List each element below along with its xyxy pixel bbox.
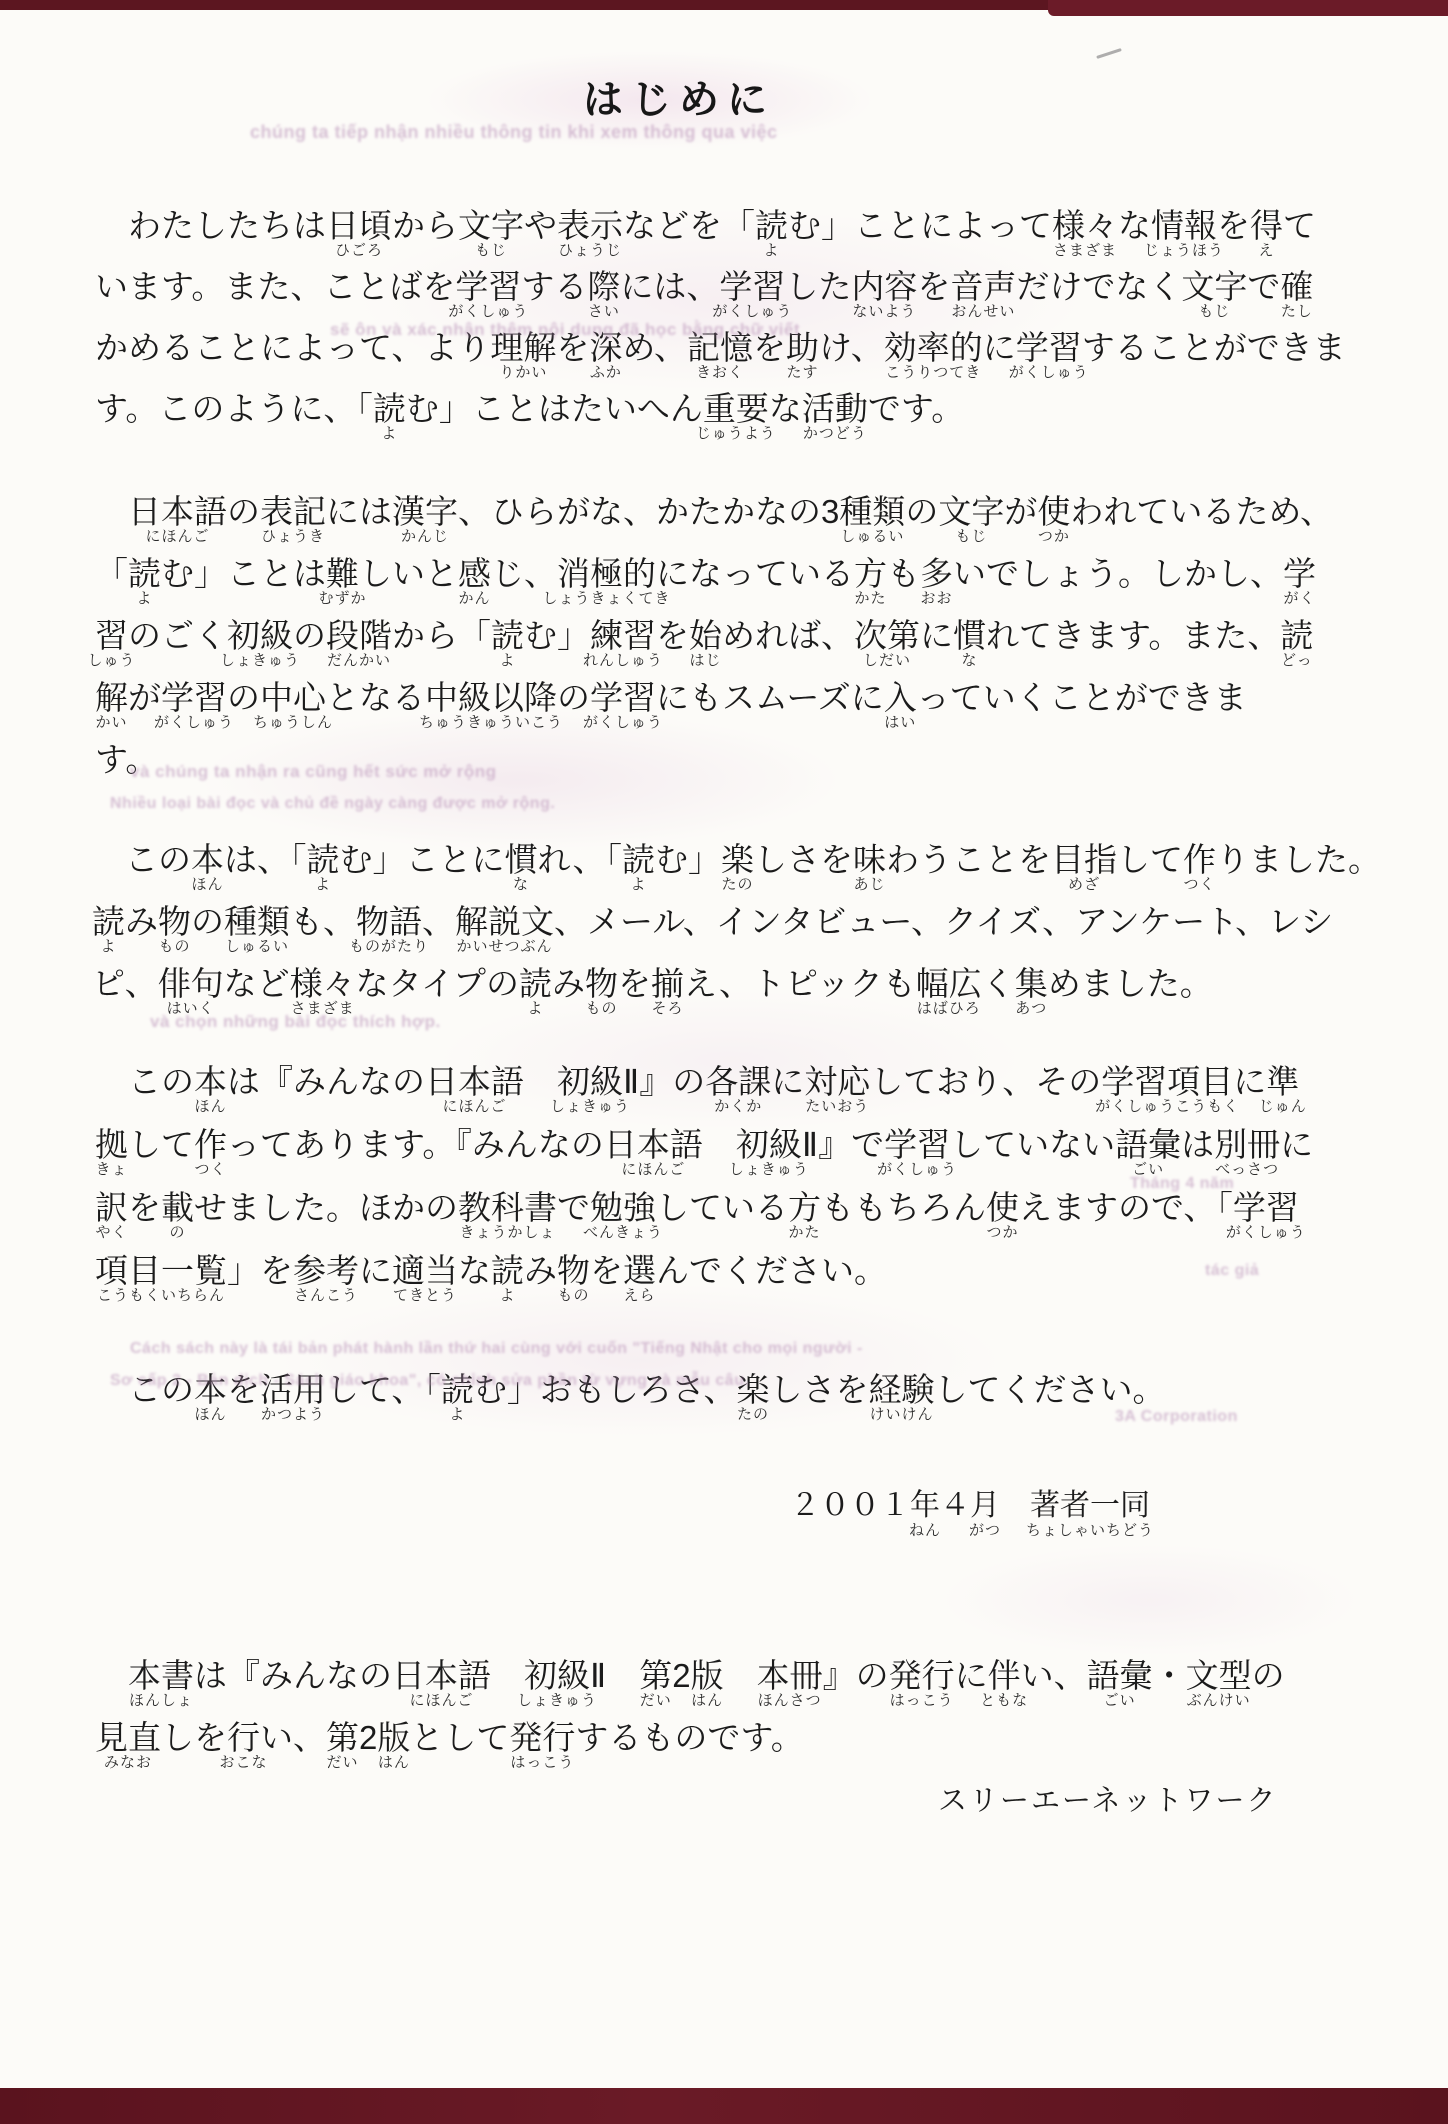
ruby-segment: 読よ bbox=[307, 840, 340, 880]
text-segment: えますので、「 bbox=[1019, 1188, 1233, 1228]
ruby-segment: 使つか bbox=[1037, 492, 1070, 532]
furigana: だんかい bbox=[327, 653, 391, 668]
furigana: みなお bbox=[104, 1755, 152, 1770]
ruby-segment: 音声おんせい bbox=[950, 267, 1016, 307]
text-segment: い、 bbox=[260, 1718, 326, 1758]
bleedthrough-text: Tháng 4 năm bbox=[1130, 1175, 1234, 1193]
text-segment: めれば、 bbox=[722, 616, 854, 656]
text-segment: んでください。 bbox=[656, 1251, 887, 1291]
text-line: 「読よむ」ことは難むずかしいと感かんじ、消極的しょうきょくてきになっている方かた… bbox=[95, 554, 1333, 616]
ruby-segment: 初級しょきゅう bbox=[736, 1125, 802, 1165]
furigana: はん bbox=[378, 1755, 410, 1770]
text-segment: み bbox=[125, 902, 158, 942]
ruby-segment: 参考さんこう bbox=[293, 1251, 359, 1291]
text-segment: 「 bbox=[95, 554, 128, 594]
furigana: よ bbox=[100, 939, 116, 954]
furigana: よ bbox=[499, 653, 515, 668]
ruby-segment: 項目一覧こうもくいちらん bbox=[95, 1251, 227, 1291]
scan-mark bbox=[1096, 48, 1122, 59]
text-segment: な bbox=[458, 1251, 491, 1291]
furigana: たす bbox=[787, 365, 819, 380]
furigana: よ bbox=[136, 591, 152, 606]
furigana: もの bbox=[158, 939, 190, 954]
furigana: ちゅうしん bbox=[253, 715, 333, 730]
furigana: たし bbox=[1281, 304, 1313, 319]
furigana: こうもくいちらん bbox=[97, 1288, 225, 1303]
ruby-segment: 読よ bbox=[755, 206, 788, 246]
text-segment: Ⅱ bbox=[590, 1656, 639, 1696]
text-line: 読よみ物ものの種類しゅるいも、物語ものがたり、解説文かいせつぶん、メール、インタ… bbox=[92, 902, 1381, 964]
ruby-segment: 読よ bbox=[128, 554, 161, 594]
ruby-segment: 情報じょうほう bbox=[1151, 206, 1217, 246]
text-segment: 2 bbox=[359, 1718, 377, 1758]
ruby-segment: 版はん bbox=[377, 1718, 410, 1758]
furigana: しゅるい bbox=[225, 939, 289, 954]
ruby-segment: 得え bbox=[1250, 206, 1283, 246]
furigana: ないよう bbox=[852, 304, 916, 319]
ruby-segment: 日本語にほんご bbox=[425, 1062, 524, 1102]
text-segment: しいと bbox=[359, 554, 458, 594]
ruby-segment: 各課かくか bbox=[705, 1062, 771, 1102]
furigana: え bbox=[1258, 243, 1274, 258]
text-segment: に bbox=[1280, 1125, 1313, 1165]
text-segment: 2 bbox=[672, 1656, 690, 1696]
text-segment: から「 bbox=[392, 616, 491, 656]
text-line: スリーエーネットワーク bbox=[938, 1781, 1278, 1843]
text-segment: など bbox=[224, 964, 290, 1004]
text-segment: 、 bbox=[422, 902, 455, 942]
furigana: かつどう bbox=[803, 426, 867, 441]
ruby-segment: 段階だんかい bbox=[326, 616, 392, 656]
furigana: ほん bbox=[191, 877, 223, 892]
ruby-segment: 読よ bbox=[519, 964, 552, 1004]
bleedthrough-text: và chúng ta nhận ra cũng hết sức mở rộng bbox=[130, 762, 497, 782]
text-segment: となる bbox=[326, 678, 425, 718]
ruby-segment: 初級しょきゅう bbox=[524, 1656, 590, 1696]
ruby-segment: 慣な bbox=[953, 616, 986, 656]
furigana: どっ bbox=[1281, 653, 1313, 668]
text-segment: み bbox=[524, 1251, 557, 1291]
ruby-segment: 学習がくしゅう bbox=[1233, 1188, 1299, 1228]
text-segment: れ、「 bbox=[538, 840, 622, 880]
text-segment: ピ、 bbox=[92, 964, 158, 1004]
text-segment: の bbox=[227, 678, 260, 718]
ruby-segment: 発行はっこう bbox=[889, 1656, 955, 1696]
text-line: この本ほんは『みんなの日本語にほんご 初級しょきゅうⅡ』の各課かくかに対応たいお… bbox=[95, 1062, 1313, 1125]
text-segment: して bbox=[128, 1125, 194, 1165]
furigana: にほんご bbox=[442, 1099, 506, 1114]
furigana: かん bbox=[458, 591, 490, 606]
ruby-segment: 読よ bbox=[622, 840, 655, 880]
furigana: よ bbox=[763, 243, 779, 258]
furigana: やく bbox=[95, 1225, 127, 1240]
ruby-segment: 物もの bbox=[158, 902, 191, 942]
text-segment: しを bbox=[161, 1718, 227, 1758]
ruby-segment: 学習がくしゅう bbox=[719, 267, 785, 307]
text-segment: を bbox=[590, 1251, 623, 1291]
ruby-segment: 文字もじ bbox=[938, 492, 1004, 532]
furigana: しょきゅう bbox=[729, 1162, 809, 1177]
furigana: だい bbox=[326, 1755, 358, 1770]
text-segment: しさを bbox=[754, 840, 853, 880]
ruby-segment: 次第しだい bbox=[854, 616, 920, 656]
furigana: ひょうき bbox=[261, 529, 325, 544]
text-segment: います。また、ことばを bbox=[95, 267, 455, 307]
furigana: たの bbox=[721, 877, 753, 892]
text-segment: は、「 bbox=[224, 840, 307, 880]
ruby-segment: 中級以降ちゅうきゅういこう bbox=[425, 678, 557, 718]
text-segment: しさを bbox=[770, 1370, 869, 1410]
ruby-segment: 日本語にほんご bbox=[128, 492, 227, 532]
ruby-segment: 著者一同ちょしゃいちどう bbox=[1030, 1486, 1150, 1526]
text-segment: に bbox=[771, 1062, 804, 1102]
text-segment: む」 bbox=[655, 840, 721, 880]
text-segment: を bbox=[1217, 206, 1250, 246]
furigana: きょ bbox=[95, 1162, 127, 1177]
furigana: かくか bbox=[714, 1099, 762, 1114]
ruby-segment: 載の bbox=[161, 1188, 194, 1228]
furigana: よ bbox=[499, 1288, 515, 1303]
furigana: もの bbox=[557, 1288, 589, 1303]
furigana: たいおう bbox=[805, 1099, 869, 1114]
ruby-segment: 月がつ bbox=[970, 1486, 1000, 1526]
text-segment: に bbox=[955, 1656, 988, 1696]
ruby-segment: 中心ちゅうしん bbox=[260, 678, 326, 718]
furigana: あじ bbox=[853, 877, 885, 892]
ruby-segment: 方かた bbox=[788, 1188, 821, 1228]
ruby-segment: 文型ぶんけい bbox=[1186, 1656, 1252, 1696]
furigana: べんきょう bbox=[583, 1225, 663, 1240]
text-segment: するものです。 bbox=[575, 1718, 803, 1758]
text-line: す。このように、「読よむ」ことはたいへん重要じゅうような活動かつどうです。 bbox=[95, 389, 1346, 450]
ruby-segment: 初級しょきゅう bbox=[227, 616, 293, 656]
scan-edge-top-right bbox=[1048, 0, 1448, 16]
ruby-segment: 読どっ bbox=[1280, 616, 1313, 656]
furigana: はばひろ bbox=[917, 1001, 981, 1016]
furigana: ほん bbox=[194, 1099, 226, 1114]
ruby-segment: 難むずか bbox=[326, 554, 359, 594]
text-segment: い、 bbox=[1021, 1656, 1087, 1696]
text-segment: え、トピックも bbox=[684, 964, 916, 1004]
text-segment: む」ことに bbox=[340, 840, 505, 880]
text-segment: から bbox=[392, 206, 458, 246]
furigana: はっこう bbox=[510, 1755, 574, 1770]
ruby-segment: 方かた bbox=[854, 554, 887, 594]
page-title: はじめに bbox=[0, 68, 1358, 125]
furigana: しゅるい bbox=[840, 529, 904, 544]
furigana: もじ bbox=[955, 529, 987, 544]
text-segment: れてきます。また、 bbox=[986, 616, 1280, 656]
text-segment: の bbox=[191, 902, 224, 942]
text-segment: この bbox=[92, 840, 191, 880]
ruby-segment: 慣な bbox=[505, 840, 538, 880]
text-segment: の bbox=[1252, 1656, 1285, 1696]
furigana: さんこう bbox=[294, 1288, 358, 1303]
furigana: もの bbox=[586, 1001, 618, 1016]
ruby-segment: 始はじ bbox=[689, 616, 722, 656]
text-segment: で bbox=[1247, 267, 1280, 307]
text-segment: ってあります。『みんなの bbox=[227, 1125, 604, 1165]
furigana: つか bbox=[1038, 529, 1070, 544]
text-segment: Ⅱ』の bbox=[623, 1062, 705, 1102]
text-segment: す。このように、「 bbox=[95, 389, 373, 429]
furigana: ちゅうきゅういこう bbox=[419, 715, 563, 730]
text-segment bbox=[95, 1656, 128, 1696]
bleedthrough-text: chúng ta tiếp nhận nhiều thông tin khi x… bbox=[250, 122, 778, 143]
bleedthrough-text: Cách sách này là tái bản phát hành lần t… bbox=[130, 1340, 863, 1358]
text-segment bbox=[703, 1125, 736, 1165]
furigana: たの bbox=[737, 1407, 769, 1422]
ruby-segment: 学習がくしゅう bbox=[1016, 328, 1082, 368]
text-segment bbox=[724, 1656, 757, 1696]
furigana: さまざま bbox=[1053, 243, 1117, 258]
furigana: ものがたり bbox=[349, 939, 429, 954]
text-segment: ・ bbox=[1153, 1656, 1186, 1696]
furigana: がくしゅう bbox=[154, 715, 234, 730]
ruby-segment: 内容ないよう bbox=[851, 267, 917, 307]
ruby-segment: 表示ひょうじ bbox=[557, 206, 623, 246]
text-segment: なタイプの bbox=[356, 964, 519, 1004]
ruby-segment: 俳句はいく bbox=[158, 964, 224, 1004]
furigana: ひょうじ bbox=[558, 243, 622, 258]
furigana: な bbox=[961, 653, 977, 668]
bleedthrough-text: 3A Corporation bbox=[1115, 1408, 1238, 1426]
text-segment: は『みんなの bbox=[194, 1656, 392, 1696]
text-segment: む」ことは bbox=[161, 554, 326, 594]
furigana: あつ bbox=[1015, 1001, 1047, 1016]
text-segment: われているため、 bbox=[1070, 492, 1333, 532]
ruby-segment: 学習がくしゅう bbox=[161, 678, 227, 718]
ruby-segment: 行おこな bbox=[227, 1718, 260, 1758]
furigana: ほんさつ bbox=[758, 1693, 822, 1708]
text-segment: も bbox=[887, 554, 920, 594]
text-segment: いでしょう。しかし、 bbox=[953, 554, 1283, 594]
ruby-segment: 様々さまざま bbox=[1052, 206, 1118, 246]
text-segment: には bbox=[326, 492, 392, 532]
ruby-segment: 本ほん bbox=[194, 1062, 227, 1102]
ruby-segment: 学習項目がくしゅうこうもく bbox=[1101, 1062, 1233, 1102]
text-segment: む」ことはたいへん bbox=[406, 389, 703, 429]
text-segment: ４ bbox=[940, 1486, 970, 1526]
furigana: てきとう bbox=[393, 1288, 457, 1303]
ruby-segment: 学習がくしゅう bbox=[884, 1125, 950, 1165]
ruby-segment: 解かい bbox=[95, 678, 128, 718]
furigana: おお bbox=[920, 591, 952, 606]
furigana: にほんご bbox=[409, 1693, 473, 1708]
furigana: はっこう bbox=[890, 1693, 954, 1708]
ruby-segment: 発行はっこう bbox=[509, 1718, 575, 1758]
ruby-segment: 重要じゅうよう bbox=[703, 389, 769, 429]
furigana: さい bbox=[588, 304, 620, 319]
ruby-segment: 読よ bbox=[92, 902, 125, 942]
ruby-segment: 読よ bbox=[491, 1251, 524, 1291]
text-line: 解かいが学習がくしゅうの中心ちゅうしんとなる中級以降ちゅうきゅういこうの学習がく… bbox=[95, 678, 1333, 740]
ruby-segment: 習しゅう bbox=[95, 616, 128, 656]
furigana: おんせい bbox=[951, 304, 1015, 319]
furigana: だい bbox=[640, 1693, 672, 1708]
ruby-segment: 際さい bbox=[587, 267, 620, 307]
ruby-segment: 物語ものがたり bbox=[356, 902, 422, 942]
text-segment: することができま bbox=[1082, 328, 1346, 368]
furigana: にほんご bbox=[621, 1162, 685, 1177]
text-line: 項目一覧こうもくいちらん」を参考さんこうに適当てきとうな読よみ物ものを選えらんで… bbox=[95, 1251, 1313, 1314]
furigana: そろ bbox=[652, 1001, 684, 1016]
furigana: しょきゅう bbox=[517, 1693, 597, 1708]
ruby-segment: 作つく bbox=[194, 1125, 227, 1165]
furigana: めざ bbox=[1068, 877, 1100, 892]
furigana: がくしゅう bbox=[1009, 365, 1089, 380]
text-line: 訳やくを載のせました。ほかの教科書きょうかしょで勉強べんきょうしている方かたもも… bbox=[95, 1188, 1313, 1251]
bleedthrough-text: Sơ cấp 2 - Bản dịch - Sách giáo khoa", c… bbox=[110, 1372, 749, 1390]
furigana: ちょしゃいちどう bbox=[1026, 1523, 1154, 1538]
ruby-segment: 本書ほんしょ bbox=[128, 1656, 194, 1696]
furigana: よ bbox=[630, 877, 646, 892]
text-segment: この bbox=[95, 1062, 194, 1102]
ruby-segment: 選えら bbox=[623, 1251, 656, 1291]
furigana: りかい bbox=[499, 365, 547, 380]
text-segment: 、メール、インタビュー、クイズ、アンケート、レシ bbox=[554, 902, 1333, 942]
text-line: 本書ほんしょは『みんなの日本語にほんご 初級しょきゅうⅡ 第だい2版はん 本冊ほ… bbox=[95, 1656, 1285, 1718]
text-segment: を bbox=[656, 616, 689, 656]
text-segment: む」 bbox=[524, 616, 590, 656]
furigana: つか bbox=[986, 1225, 1018, 1240]
furigana: よ bbox=[381, 426, 397, 441]
text-segment: け、 bbox=[819, 328, 884, 368]
text-segment: む」ことによって bbox=[788, 206, 1052, 246]
text-segment: も、 bbox=[290, 902, 356, 942]
text-segment: み bbox=[552, 964, 585, 1004]
bleedthrough-text: tác giả bbox=[1205, 1262, 1259, 1280]
text-segment: した bbox=[785, 267, 851, 307]
furigana: よ bbox=[449, 1407, 465, 1422]
text-segment: Ⅱ』で bbox=[802, 1125, 884, 1165]
ruby-segment: 漢字かんじ bbox=[392, 492, 458, 532]
furigana: こうりつてき bbox=[885, 365, 981, 380]
bleedthrough-text: sẽ ôn và xác nhận thêm nội dung đã học b… bbox=[330, 320, 800, 340]
furigana: じゅうよう bbox=[696, 426, 776, 441]
furigana: かい bbox=[95, 715, 127, 730]
furigana: がく bbox=[1283, 591, 1315, 606]
ruby-segment: 本冊ほんさつ bbox=[757, 1656, 823, 1696]
furigana: がくしゅうこうもく bbox=[1095, 1099, 1239, 1114]
furigana: ぶんけい bbox=[1187, 1693, 1251, 1708]
text-segment bbox=[524, 1062, 557, 1102]
ruby-segment: 第だい bbox=[639, 1656, 672, 1696]
ruby-segment: 集あつ bbox=[1015, 964, 1048, 1004]
text-segment: な bbox=[769, 389, 802, 429]
text-segment: にもスムーズに bbox=[656, 678, 884, 718]
text-segment: などを「 bbox=[623, 206, 755, 246]
furigana: がくしゅう bbox=[583, 715, 663, 730]
text-segment: ももちろん bbox=[821, 1188, 986, 1228]
publisher: スリーエーネットワーク bbox=[938, 1781, 1278, 1843]
furigana: ふか bbox=[590, 365, 622, 380]
text-segment: して bbox=[1117, 840, 1183, 880]
furigana: えら bbox=[623, 1288, 655, 1303]
ruby-segment: 学習がくしゅう bbox=[455, 267, 521, 307]
ruby-segment: 教科書きょうかしょ bbox=[458, 1188, 557, 1228]
text-segment: じ、 bbox=[491, 554, 557, 594]
text-segment: に bbox=[359, 1251, 392, 1291]
text-segment: として bbox=[410, 1718, 509, 1758]
text-line: わたしたちは日頃ひごろから文字もじや表示ひょうじなどを「読よむ」ことによって様々… bbox=[95, 206, 1346, 267]
ruby-segment: 版はん bbox=[691, 1656, 724, 1696]
ruby-segment: 揃そろ bbox=[651, 964, 684, 1004]
ruby-segment: 作つく bbox=[1183, 840, 1216, 880]
text-line: 見直みなおしを行おこない、第だい2版はんとして発行はっこうするものです。 bbox=[95, 1718, 1285, 1780]
furigana: ねん bbox=[909, 1523, 941, 1538]
ruby-segment: 準じゅん bbox=[1266, 1062, 1299, 1102]
ruby-segment: 幅広はばひろ bbox=[916, 964, 982, 1004]
ruby-segment: 訳やく bbox=[95, 1188, 128, 1228]
ruby-segment: 初級しょきゅう bbox=[557, 1062, 623, 1102]
furigana: しょうきょくてき bbox=[542, 591, 670, 606]
ruby-segment: 日本語にほんご bbox=[604, 1125, 703, 1165]
ruby-segment: 文字もじ bbox=[1181, 267, 1247, 307]
text-line: 日本語にほんごの表記ひょうきには漢字かんじ、ひらがな、かたかなの3種類しゅるいの… bbox=[95, 492, 1333, 554]
text-segment: めました。 bbox=[1048, 964, 1213, 1004]
text-segment: には、 bbox=[620, 267, 719, 307]
furigana: かた bbox=[788, 1225, 820, 1240]
ruby-segment: 学がく bbox=[1283, 554, 1316, 594]
text-segment: してください。 bbox=[935, 1370, 1166, 1410]
text-segment bbox=[95, 492, 128, 532]
text-line: ２００１年ねん４月がつ 著者一同ちょしゃいちどう bbox=[790, 1486, 1150, 1548]
furigana: けいけん bbox=[870, 1407, 934, 1422]
text-segment: スリーエーネットワーク bbox=[938, 1781, 1278, 1821]
ruby-segment: 様々さまざま bbox=[290, 964, 356, 1004]
text-segment: 、ひらがな、かたかなの3 bbox=[458, 492, 839, 532]
ruby-segment: 日頃ひごろ bbox=[326, 206, 392, 246]
text-segment: しており、その bbox=[870, 1062, 1101, 1102]
text-line: 習しゅうのごく初級しょきゅうの段階だんかいから「読よむ」練習れんしゅうを始はじめ… bbox=[95, 616, 1333, 678]
furigana: ごい bbox=[1104, 1693, 1136, 1708]
text-segment: な bbox=[1118, 206, 1151, 246]
text-segment: は『みんなの bbox=[227, 1062, 425, 1102]
text-segment: する bbox=[521, 267, 587, 307]
text-segment: している bbox=[656, 1188, 788, 1228]
furigana: もじ bbox=[475, 243, 507, 258]
date-line: ２００１年ねん４月がつ 著者一同ちょしゃいちどう bbox=[790, 1486, 1150, 1548]
text-segment bbox=[1000, 1486, 1030, 1526]
ruby-segment: 物もの bbox=[585, 964, 618, 1004]
ruby-segment: 入はい bbox=[884, 678, 917, 718]
ruby-segment: 種類しゅるい bbox=[839, 492, 905, 532]
ruby-segment: 種類しゅるい bbox=[224, 902, 290, 942]
text-segment: や bbox=[524, 206, 557, 246]
furigana: かつよう bbox=[261, 1407, 325, 1422]
furigana: かんじ bbox=[401, 529, 449, 544]
ruby-segment: 物もの bbox=[557, 1251, 590, 1291]
text-segment: っていくことができま bbox=[917, 678, 1247, 718]
text-segment: く bbox=[982, 964, 1015, 1004]
furigana: つく bbox=[194, 1162, 226, 1177]
text-segment: わうことを bbox=[886, 840, 1051, 880]
text-segment: ２００１ bbox=[790, 1486, 910, 1526]
ruby-segment: 別冊べっさつ bbox=[1214, 1125, 1280, 1165]
ruby-segment: 消極的しょうきょくてき bbox=[557, 554, 656, 594]
ruby-segment: 味あじ bbox=[853, 840, 886, 880]
furigana: つく bbox=[1183, 877, 1215, 892]
furigana: ほんしょ bbox=[129, 1693, 193, 1708]
furigana: じゅん bbox=[1259, 1099, 1307, 1114]
furigana: な bbox=[513, 877, 529, 892]
ruby-segment: 日本語にほんご bbox=[392, 1656, 491, 1696]
ruby-segment: 使つか bbox=[986, 1188, 1019, 1228]
text-segment: に bbox=[983, 328, 1016, 368]
ruby-segment: 年ねん bbox=[910, 1486, 940, 1526]
furigana: きおく bbox=[696, 365, 744, 380]
